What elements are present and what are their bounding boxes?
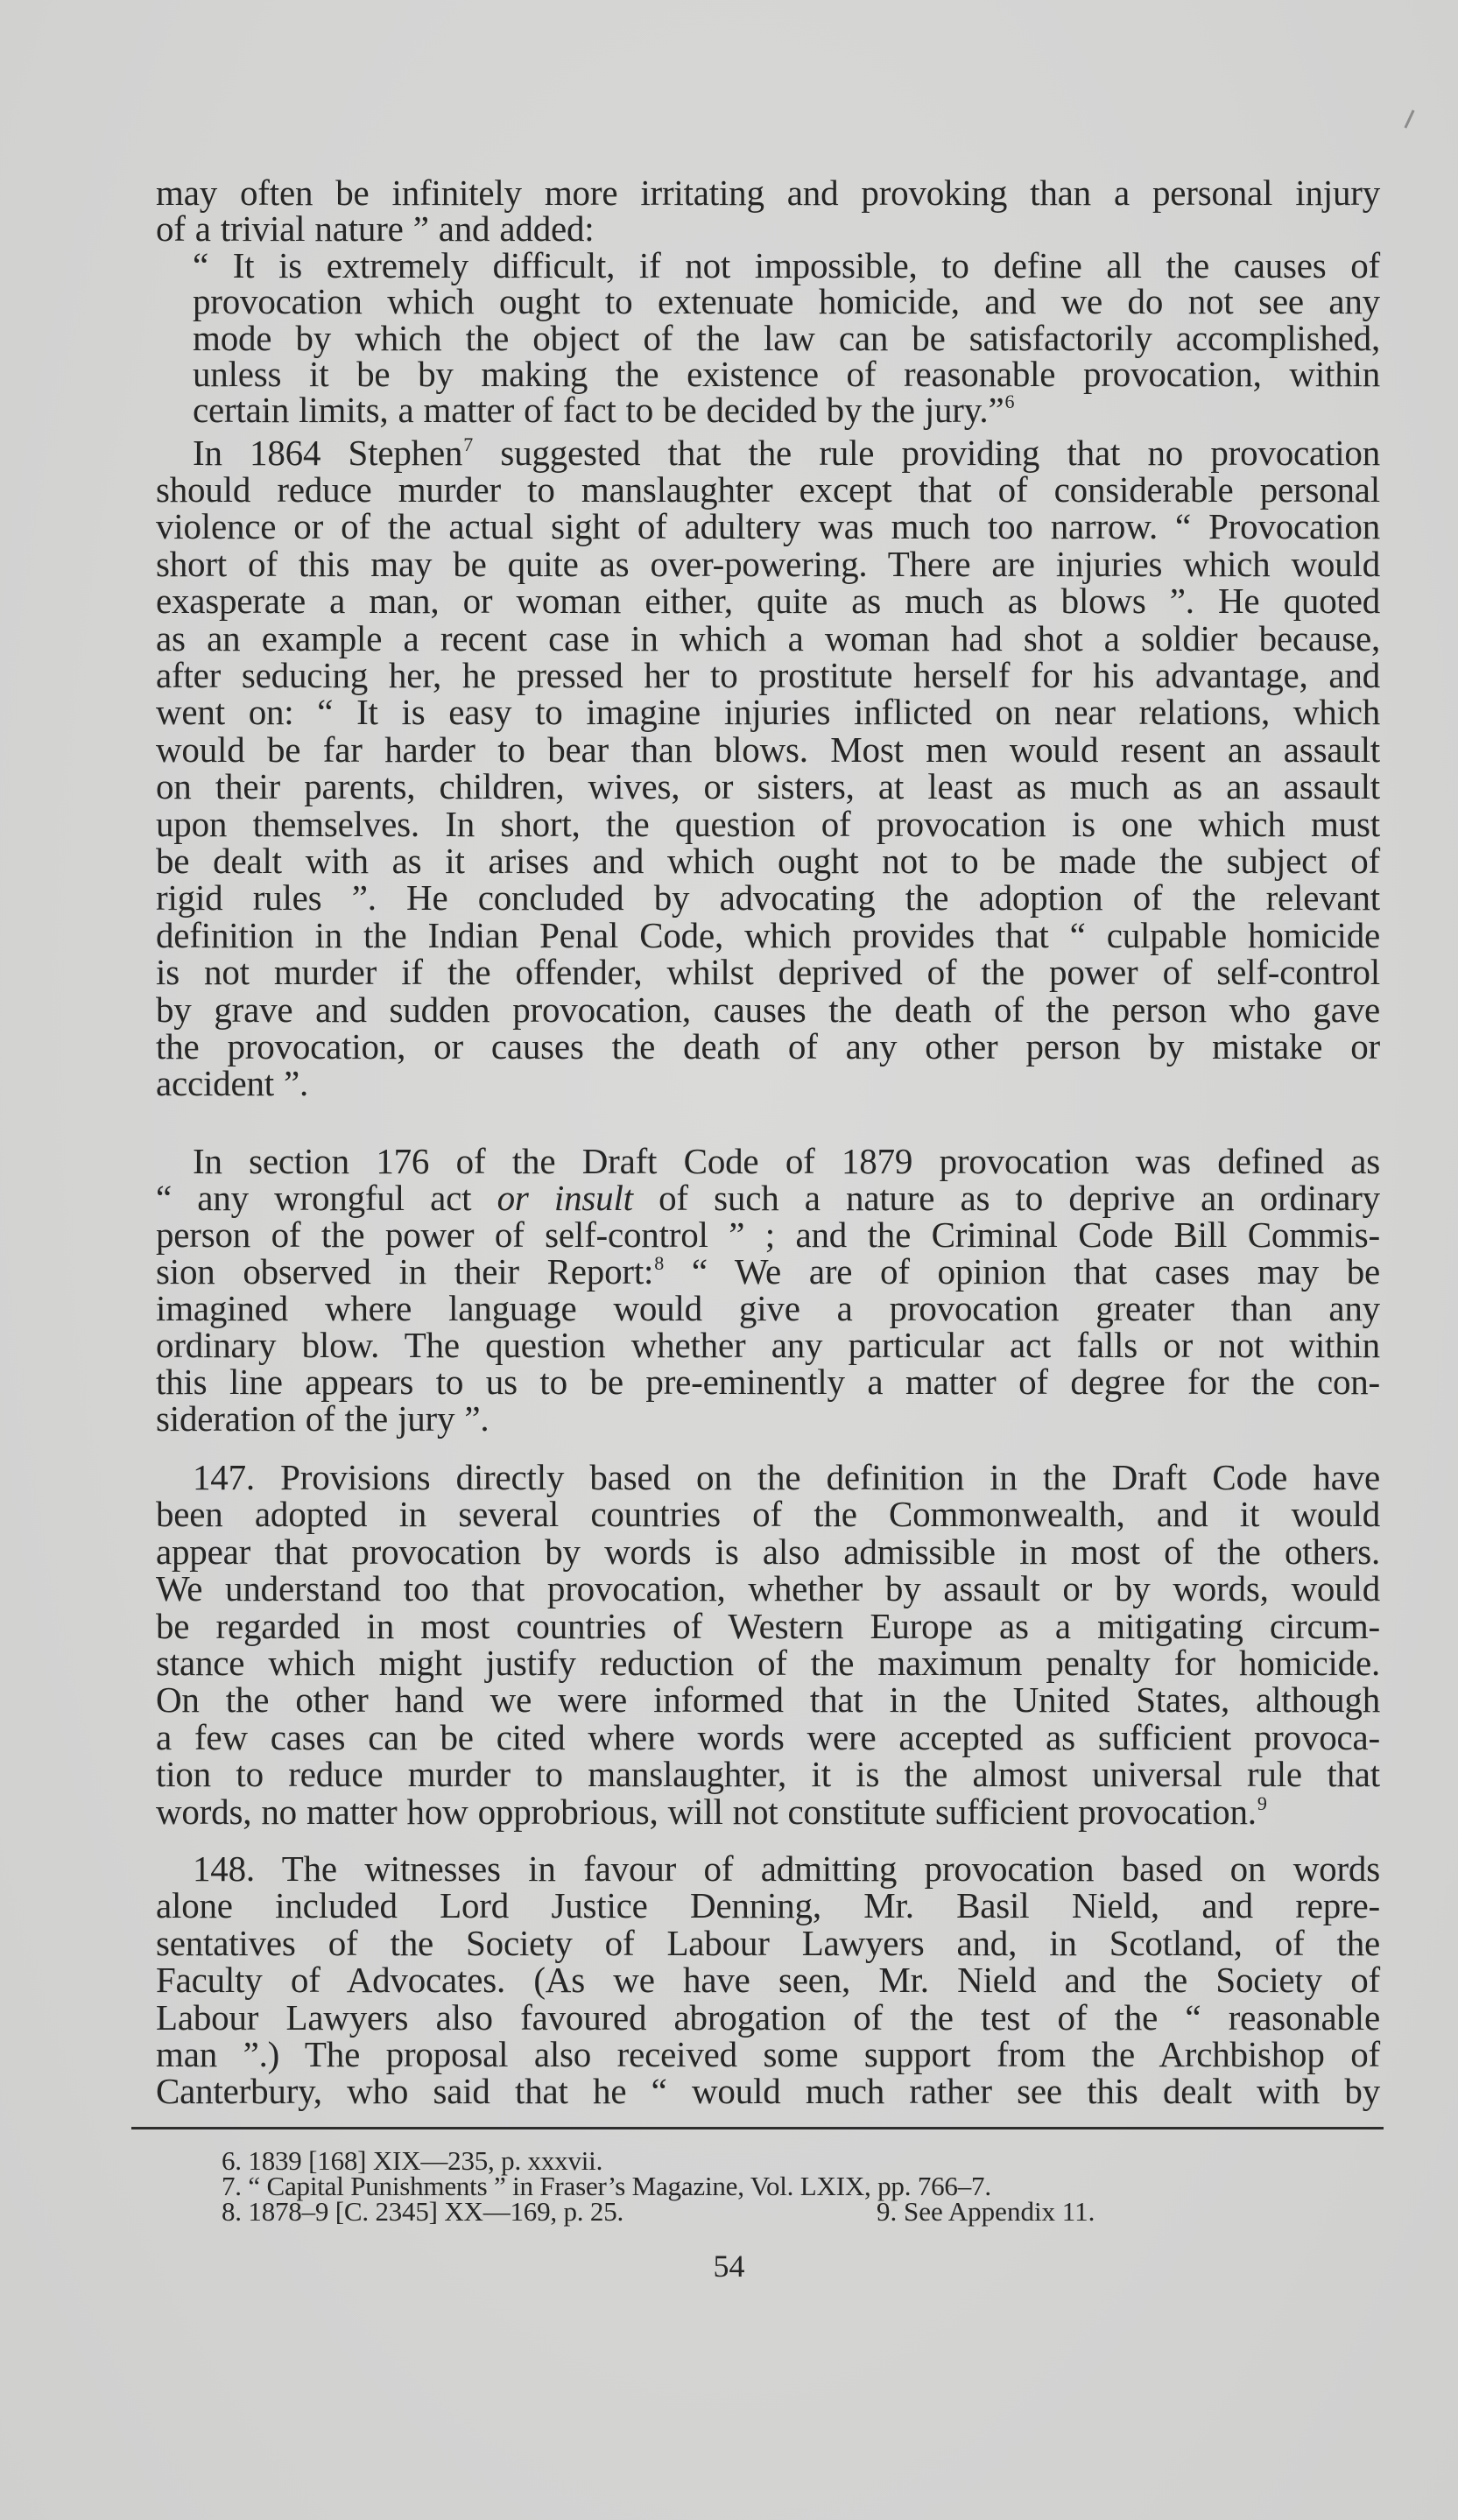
body-line: accident ”. xyxy=(156,1064,1380,1102)
body-line: by grave and sudden provocation, causes … xyxy=(156,990,1380,1029)
body-line: rigid rules ”. He concluded by advocatin… xyxy=(156,878,1380,917)
body-line: after seducing her, he pressed her to pr… xyxy=(156,656,1380,694)
body-line: may often be infinitely more irritating … xyxy=(156,173,1380,212)
quote-line: unless it be by making the existence of … xyxy=(193,355,1380,393)
body-line: imagined where language would give a pro… xyxy=(156,1289,1380,1327)
text: of such a nature as to deprive an ordina… xyxy=(633,1178,1380,1218)
body-line: as an example a recent case in which a w… xyxy=(156,619,1380,658)
body-line: upon themselves. In short, the question … xyxy=(156,805,1380,843)
body-line: appear that provocation by words is also… xyxy=(156,1532,1380,1571)
body-line: ordinary blow. The question whether any … xyxy=(156,1326,1380,1364)
footnote-rule xyxy=(131,2127,1384,2129)
italic-text: or insult xyxy=(497,1178,633,1218)
body-line: tion to reduce murder to manslaughter, i… xyxy=(156,1755,1380,1793)
text: sion observed in their Report: xyxy=(156,1251,653,1292)
body-line: the provocation, or causes the death of … xyxy=(156,1027,1380,1066)
footnote-9: 9. See Appendix 11. xyxy=(877,2198,1095,2226)
footnote-ref[interactable]: 6 xyxy=(1004,391,1014,412)
quote-line: certain limits, a matter of fact to be d… xyxy=(193,391,1380,429)
body-line: Faculty of Advocates. (As we have seen, … xyxy=(156,1960,1380,1999)
body-line: alone included Lord Justice Denning, Mr.… xyxy=(156,1886,1380,1925)
document-page: may often be infinitely more irritating … xyxy=(0,0,1458,2520)
body-line: been adopted in several countries of the… xyxy=(156,1495,1380,1533)
body-line: Canterbury, who said that he “ would muc… xyxy=(156,2072,1380,2110)
body-line: We understand too that provocation, whet… xyxy=(156,1569,1380,1608)
body-line: on their parents, children, wives, or si… xyxy=(156,767,1380,806)
text: suggested that the rule providing that n… xyxy=(473,433,1380,473)
body-line: Labour Lawyers also favoured abrogation … xyxy=(156,1998,1380,2037)
body-line: violence or of the actual sight of adult… xyxy=(156,507,1380,546)
quote-text: certain limits, a matter of fact to be d… xyxy=(193,390,1004,430)
body-line: definition in the Indian Penal Code, whi… xyxy=(156,916,1380,954)
quote-line: “ It is extremely difficult, if not impo… xyxy=(193,246,1380,285)
body-line: exasperate a man, or woman either, quite… xyxy=(156,581,1380,620)
text: “ We are of opinion that cases may be xyxy=(664,1251,1380,1292)
body-line: person of the power of self-control ” ; … xyxy=(156,1215,1380,1254)
body-line: 147. Provisions directly based on the de… xyxy=(193,1458,1380,1496)
body-line: sentatives of the Society of Labour Lawy… xyxy=(156,1924,1380,1962)
footnote-ref[interactable]: 8 xyxy=(654,1252,664,1274)
body-line: be regarded in most countries of Western… xyxy=(156,1607,1380,1645)
body-line: In section 176 of the Draft Code of 1879… xyxy=(193,1142,1380,1180)
text: words, no matter how opprobrious, will n… xyxy=(156,1791,1257,1832)
body-line: sideration of the jury ”. xyxy=(156,1399,1380,1438)
body-line: sion observed in their Report:8 “ We are… xyxy=(156,1252,1380,1291)
body-line: went on: “ It is easy to imagine injurie… xyxy=(156,693,1380,731)
body-line: 148. The witnesses in favour of admittin… xyxy=(193,1849,1380,1888)
footnote-8: 8. 1878–9 [C. 2345] XX—169, p. 25. xyxy=(222,2198,623,2226)
page-number: 54 xyxy=(0,2249,1458,2284)
body-line: should reduce murder to manslaughter exc… xyxy=(156,470,1380,509)
body-line: is not murder if the offender, whilst de… xyxy=(156,953,1380,991)
body-line: On the other hand we were informed that … xyxy=(156,1680,1380,1719)
text: “ any wrongful act xyxy=(156,1178,497,1218)
body-line: words, no matter how opprobrious, will n… xyxy=(156,1792,1380,1831)
body-line: “ any wrongful act or insult of such a n… xyxy=(156,1179,1380,1217)
body-line: would be far harder to bear than blows. … xyxy=(156,730,1380,769)
paper-mark xyxy=(1404,109,1414,128)
body-line: a few cases can be cited where words wer… xyxy=(156,1718,1380,1756)
body-line: man ”.) The proposal also received some … xyxy=(156,2035,1380,2073)
text: In 1864 Stephen xyxy=(193,433,462,473)
body-line: this line appears to us to be pre-eminen… xyxy=(156,1362,1380,1401)
body-line: stance which might justify reduction of … xyxy=(156,1644,1380,1682)
quote-line: mode by which the object of the law can … xyxy=(193,319,1380,357)
quote-line: provocation which ought to extenuate hom… xyxy=(193,282,1380,320)
footnote-ref[interactable]: 7 xyxy=(463,433,473,455)
footnote-ref[interactable]: 9 xyxy=(1257,1792,1267,1814)
body-line: short of this may be quite as over-power… xyxy=(156,545,1380,583)
body-line: In 1864 Stephen7 suggested that the rule… xyxy=(193,433,1380,472)
body-line: be dealt with as it arises and which oug… xyxy=(156,841,1380,880)
body-line: of a trivial nature ” and added: xyxy=(156,209,1380,248)
